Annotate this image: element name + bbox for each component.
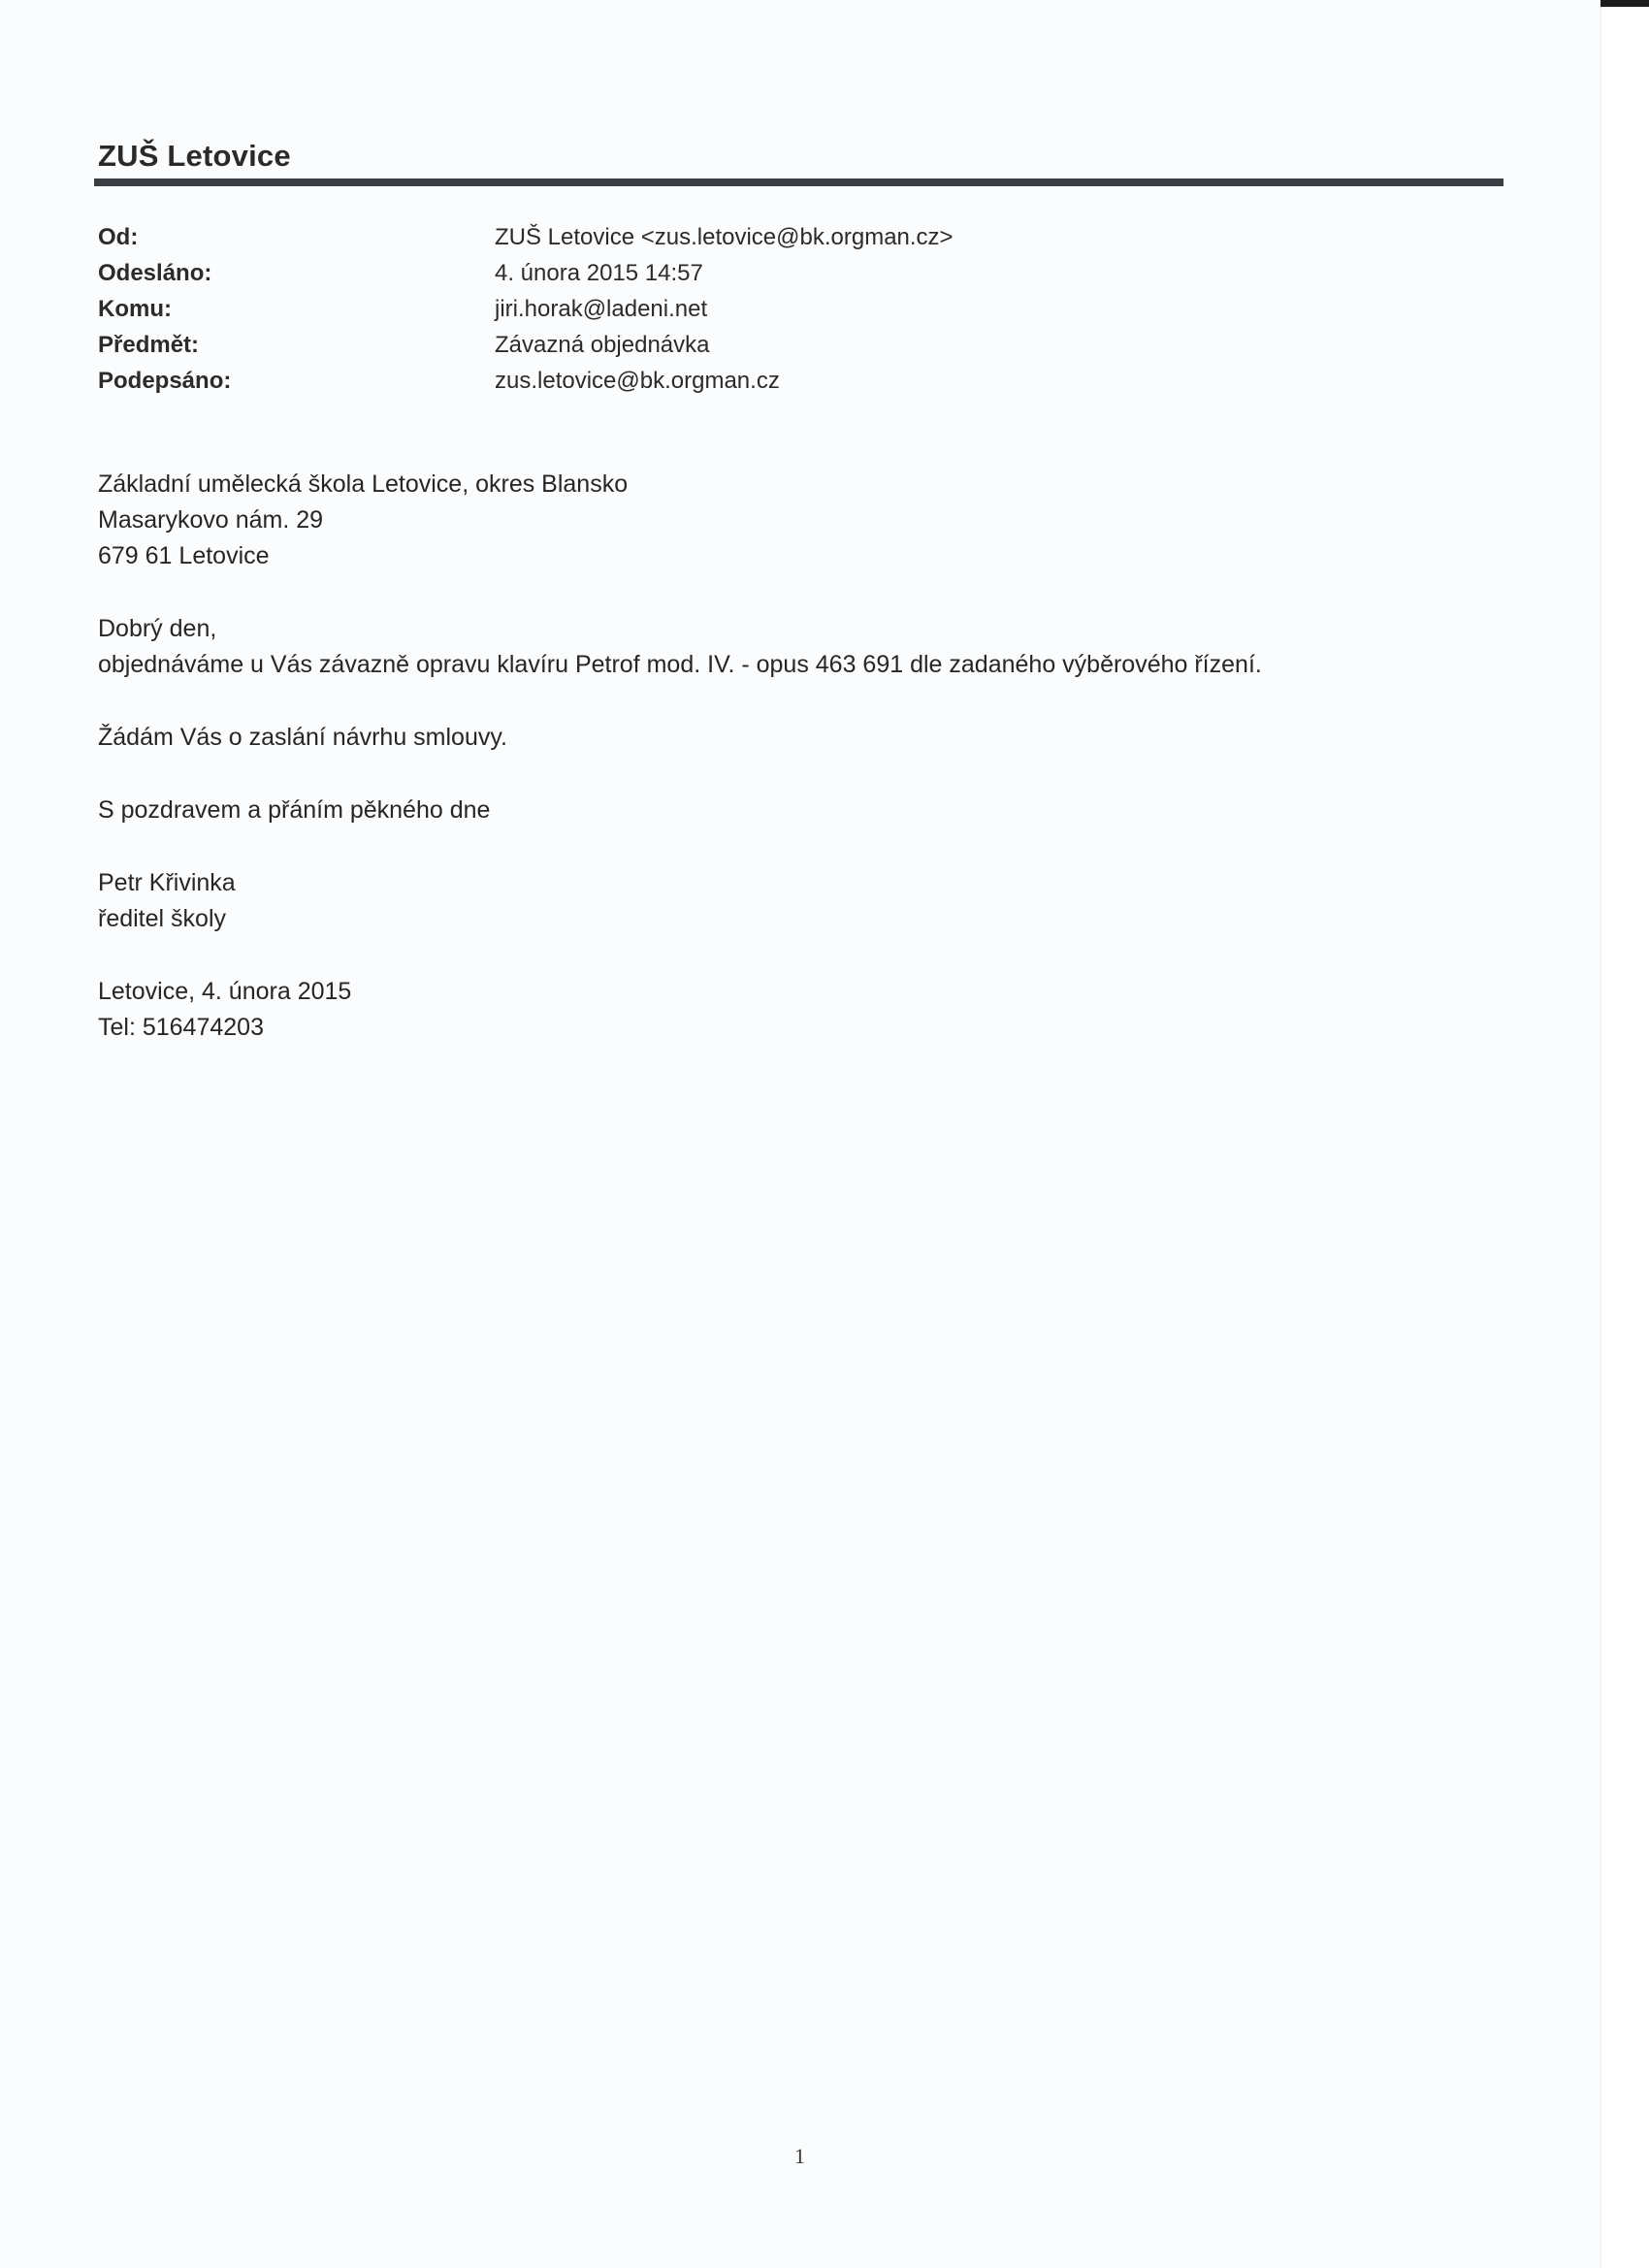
closing-phrase: S pozdravem a přáním pěkného dne — [98, 793, 490, 828]
header-label-subject: Předmět: — [98, 327, 199, 363]
address-line-school: Základní umělecká škola Letovice, okres … — [98, 467, 628, 502]
header-label-to: Komu: — [98, 291, 172, 327]
document-title: ZUŠ Letovice — [98, 139, 291, 174]
scan-edge-mark — [1600, 0, 1649, 7]
page-number: 1 — [794, 2144, 805, 2169]
header-value-signed: zus.letovice@bk.orgman.cz — [495, 363, 780, 399]
greeting: Dobrý den, — [98, 611, 216, 647]
address-line-city: 679 61 Letovice — [98, 538, 270, 574]
place-date: Letovice, 4. února 2015 — [98, 974, 351, 1010]
signature-name: Petr Křivinka — [98, 865, 236, 901]
header-label-signed: Podepsáno: — [98, 363, 231, 399]
address-line-street: Masarykovo nám. 29 — [98, 502, 323, 538]
header-value-sent: 4. února 2015 14:57 — [495, 255, 703, 291]
phone-number: Tel: 516474203 — [98, 1010, 264, 1046]
signature-position: ředitel školy — [98, 901, 226, 937]
header-value-to: jiri.horak@ladeni.net — [495, 291, 707, 327]
header-value-subject: Závazná objednávka — [495, 327, 709, 363]
body-request-paragraph: Žádám Vás o zaslání návrhu smlouvy. — [98, 720, 507, 756]
body-order-paragraph: objednáváme u Vás závazně opravu klavíru… — [98, 647, 1262, 683]
header-value-from: ZUŠ Letovice <zus.letovice@bk.orgman.cz> — [495, 219, 954, 255]
header-label-sent: Odesláno: — [98, 255, 211, 291]
scan-edge — [1600, 0, 1649, 2268]
title-rule — [94, 178, 1503, 186]
header-label-from: Od: — [98, 219, 138, 255]
